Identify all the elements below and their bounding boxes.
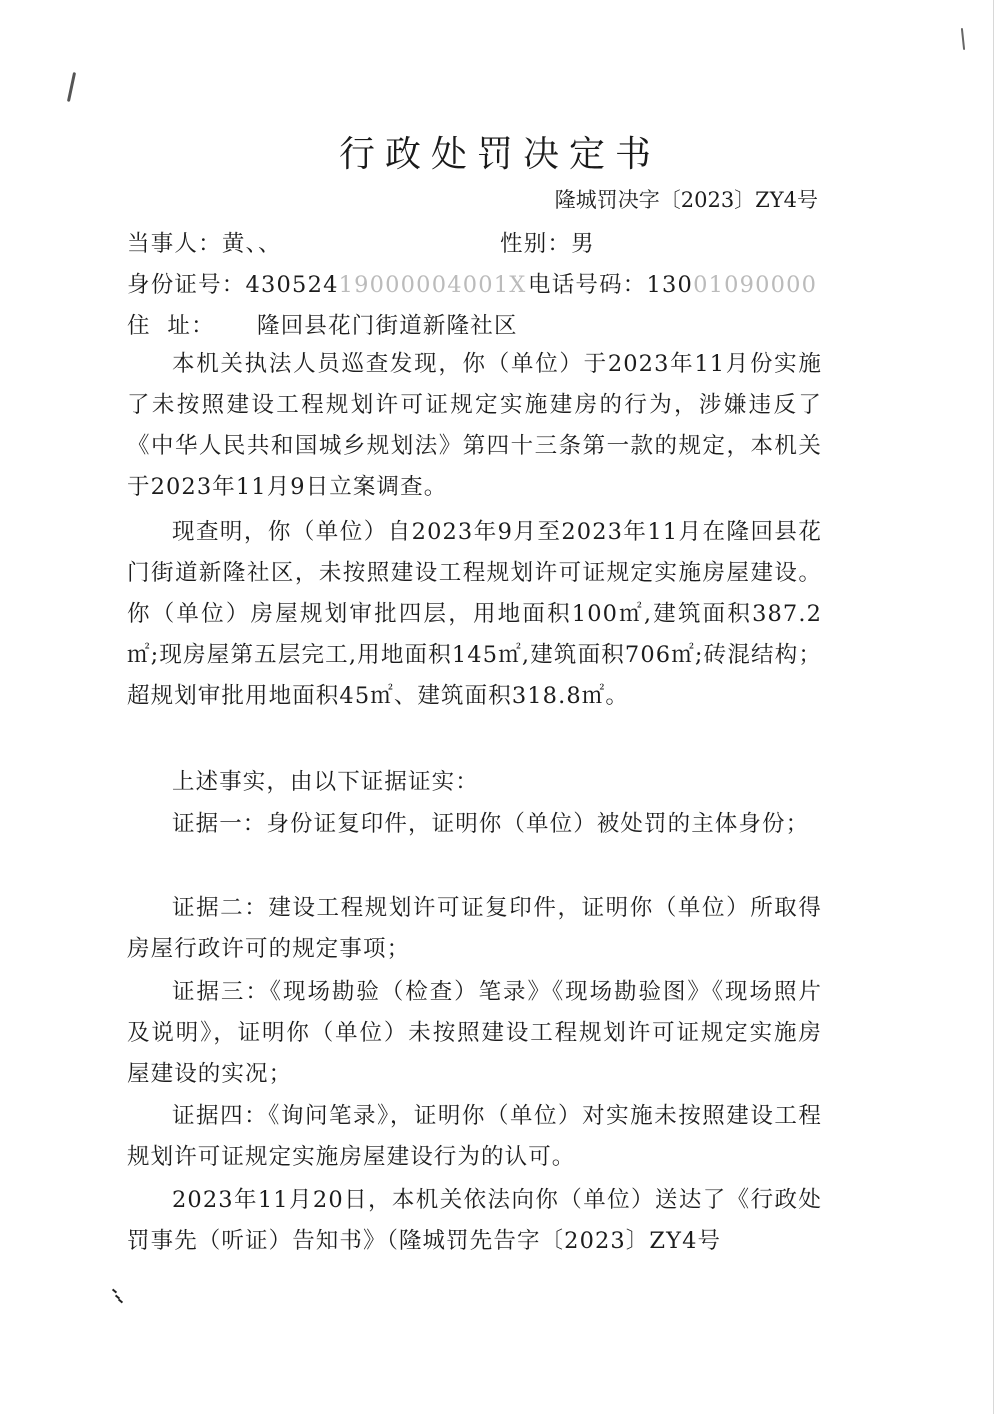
party-id-row: 身份证号：43052419000004001X [127,267,527,299]
paragraph-evidence-2: 证据二：建设工程规划许可证复印件，证明你（单位）所取得房屋行政许可的规定事项； [127,888,822,970]
paragraph-patrol-finding: 本机关执法人员巡查发现，你（单位）于2023年11月份实施了未按照建设工程规划许… [127,344,822,508]
paragraph-investigation-facts: 现查明，你（单位）自2023年9月至2023年11月在隆回县花门街道新隆社区，未… [127,512,822,717]
party-name-row: 当事人：黄、、 [127,226,282,258]
document-number: 隆城罚决字〔2023〕ZY4号 [555,184,818,214]
party-gender-row: 性别：男 [500,226,595,258]
paragraph-evidence-3: 证据三：《现场勘验（检查）笔录》《现场勘验图》《现场照片及说明》，证明你（单位）… [127,972,822,1095]
id-redacted: 19000004001X [339,272,527,298]
gender-label: 性别： [500,231,571,257]
phone-redacted: 01090000 [693,272,817,298]
gender-value: 男 [571,231,595,257]
page-edge [993,0,994,1414]
paragraph-evidence-1: 证据一：身份证复印件，证明你（单位）被处罚的主体身份； [127,804,822,845]
paragraph-notice-served: 2023年11月20日，本机关依法向你（单位）送达了《行政处罚事先（听证）告知书… [127,1180,822,1262]
address-value: 隆回县花门街道新隆社区 [257,313,518,339]
document-title: 行政处罚决定书 [0,126,1000,177]
id-label: 身份证号： [127,272,246,298]
party-name-value: 黄、、 [222,231,282,257]
party-name-label: 当事人： [127,231,222,257]
party-phone-row: 电话号码：13001090000 [528,267,817,299]
phone-label: 电话号码： [528,272,647,298]
scan-speck-mark [112,1288,126,1304]
handwritten-page-mark-right [961,28,965,50]
paragraph-evidence-intro: 上述事实，由以下证据证实： [127,762,822,803]
address-label: 住 址： [127,308,257,340]
handwritten-page-mark [67,72,76,102]
paragraph-evidence-4: 证据四：《询问笔录》，证明你（单位）对实施未按照建设工程规划许可证规定实施房屋建… [127,1096,822,1178]
phone-value: 130 [647,272,694,298]
id-value: 430524 [246,272,339,298]
party-address-row: 住 址：隆回县花门街道新隆社区 [127,308,518,340]
